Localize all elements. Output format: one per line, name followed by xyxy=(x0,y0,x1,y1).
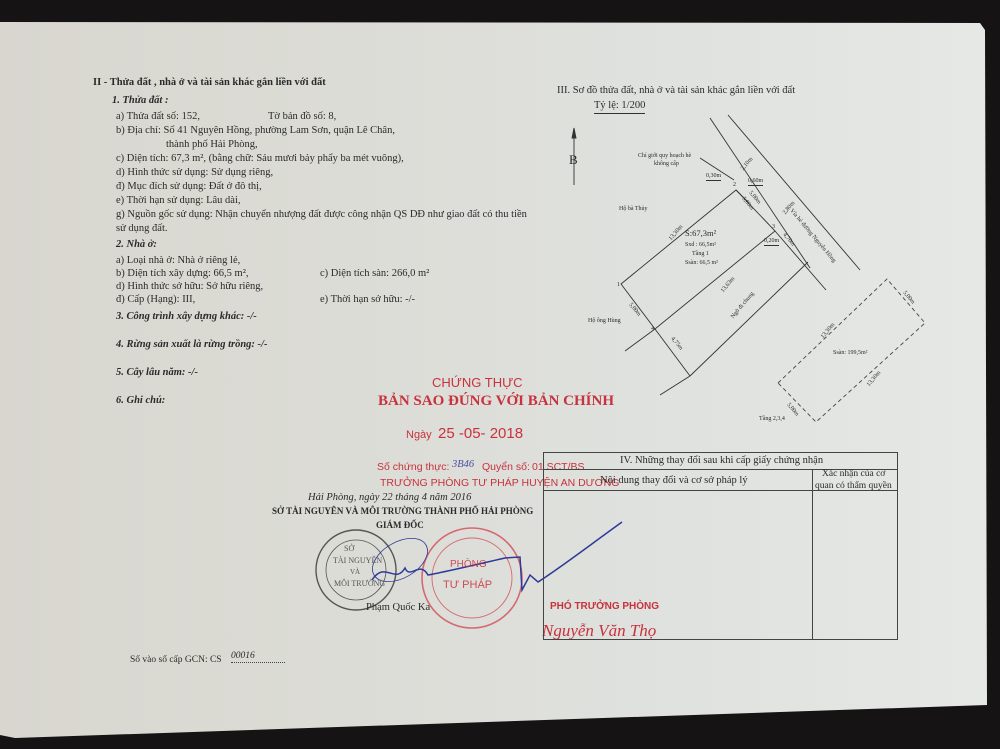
section4-heading: IV. Những thay đổi sau khi cấp giấy chứn… xyxy=(620,456,823,467)
seal1-line4: MÔI TRƯỜNG xyxy=(334,580,385,588)
seal2-line2: TƯ PHÁP xyxy=(443,580,492,591)
house-ownership: d) Hình thức sở hữu: Sở hữu riêng, xyxy=(116,282,263,293)
dim-0-30: 0,30m xyxy=(706,173,721,181)
certificate-page: II - Thửa đất , nhà ở và tài sản khác gắ… xyxy=(0,0,1000,749)
cert-date-label: Ngày xyxy=(406,430,432,441)
seal2-line1: PHÒNG xyxy=(450,560,487,570)
dim-0-60: 0,60m xyxy=(748,178,763,186)
other-constructions: 3. Công trình xây dựng khác: -/- xyxy=(116,312,257,323)
dim-0-20: 0,20m xyxy=(764,238,779,246)
area-floor234: Ssàn: 199,5m² xyxy=(833,350,867,356)
signing-position: GIÁM ĐỐC xyxy=(376,521,424,530)
house-heading: 2. Nhà ở: xyxy=(116,240,157,251)
cert-subtitle: BẢN SAO ĐÚNG VỚI BẢN CHÍNH xyxy=(378,394,614,409)
point-2: 2 xyxy=(733,182,736,188)
house-build-area: b) Diện tích xây dựng: 66,5 m², xyxy=(116,269,249,280)
registry-label: Số vào sổ cấp GCN: CS xyxy=(130,656,222,666)
land-term: e) Thời hạn sử dụng: Lâu dài, xyxy=(116,196,240,207)
cert-number: 3B46 xyxy=(452,460,474,471)
changes-col-content: Nội dung thay đổi và cơ sở pháp lý xyxy=(600,476,748,487)
land-map-sheet: Tờ bản đồ số: 8, xyxy=(268,112,336,123)
section3-heading: III. Sơ đồ thửa đất, nhà ở và tài sản kh… xyxy=(557,86,795,97)
perennial-trees: 5. Cây lâu năm: -/- xyxy=(116,368,198,379)
changes-table-divider xyxy=(812,469,813,639)
signing-agency: SỞ TÀI NGUYÊN VÀ MÔI TRƯỜNG THÀNH PHỐ HẢ… xyxy=(272,507,533,516)
land-origin: g) Nguồn gốc sử dụng: Nhận chuyển nhượng… xyxy=(116,210,527,221)
seal1-line3: VÀ xyxy=(350,569,360,576)
cert-number-label: Số chứng thực: xyxy=(377,462,449,473)
signing-place-date: Hải Phòng, ngày 22 tháng 4 năm 2016 xyxy=(308,493,471,504)
notes: 6. Ghi chú: xyxy=(116,396,165,407)
land-usage-form: d) Hình thức sử dụng: Sử dụng riêng, xyxy=(116,168,273,179)
land-area: c) Diện tích: 67,3 m², (bằng chữ: Sáu mư… xyxy=(116,154,404,165)
planted-forest: 4. Rừng sản xuất là rừng trồng: -/- xyxy=(116,340,267,351)
north-label: B xyxy=(569,153,578,166)
seal1-line2: TÀI NGUYÊN xyxy=(333,557,382,565)
cert-title: CHỨNG THỰC xyxy=(432,376,523,389)
house-term: e) Thời hạn sở hữu: -/- xyxy=(320,295,415,306)
land-address-city: thành phố Hải Phòng, xyxy=(166,140,258,151)
registry-value: 00016 xyxy=(231,652,285,663)
changes-col-confirm-1: Xác nhận của cơ xyxy=(822,470,885,480)
neighbor-left: Hộ ông Hùng xyxy=(588,318,621,324)
point-4: 4 xyxy=(651,326,654,332)
section2-heading: II - Thửa đất , nhà ở và tài sản khác gắ… xyxy=(93,78,326,89)
floor1: Tầng 1 xyxy=(692,251,709,257)
area-total: S:67,3m² xyxy=(685,229,716,238)
signer-name: Phạm Quốc Ka xyxy=(366,603,430,614)
scale: Tỷ lệ: 1/200 xyxy=(594,101,645,114)
boundary-label: Chỉ giới quy hoạch hè xyxy=(638,153,691,159)
point-1: 1 xyxy=(617,282,620,288)
changes-col-confirm-2: quan có thẩm quyền xyxy=(815,482,892,492)
floor234: Tầng 2,3,4 xyxy=(759,416,785,422)
land-address: b) Địa chỉ: Số 41 Nguyên Hồng, phường La… xyxy=(116,126,395,137)
land-origin-cont: sử dụng đất. xyxy=(116,224,167,235)
area-build: Sxd : 66,5m² xyxy=(685,242,716,248)
seal1-line1: SỞ xyxy=(344,545,354,553)
house-grade: đ) Cấp (Hạng): III, xyxy=(116,295,195,306)
land-heading: 1. Thửa đất : xyxy=(112,96,168,107)
point-3: 3 xyxy=(772,224,775,230)
land-parcel-number: a) Thửa đất số: 152, xyxy=(116,112,200,123)
area-floor1: Ssàn: 66,5 m² xyxy=(685,260,718,266)
cert-date: 25 -05- 2018 xyxy=(438,426,523,441)
land-purpose: đ) Mục đích sử dụng: Đất ở đô thị, xyxy=(116,182,262,193)
boundary-label-2: không cấp xyxy=(654,161,679,167)
house-floor-area: c) Diện tích sàn: 266,0 m² xyxy=(320,269,429,280)
neighbor-top: Hộ bà Thủy xyxy=(619,206,648,212)
cert-book-label: Quyển số: xyxy=(482,462,530,473)
house-type: a) Loại nhà ở: Nhà ở riêng lẻ, xyxy=(116,256,240,267)
